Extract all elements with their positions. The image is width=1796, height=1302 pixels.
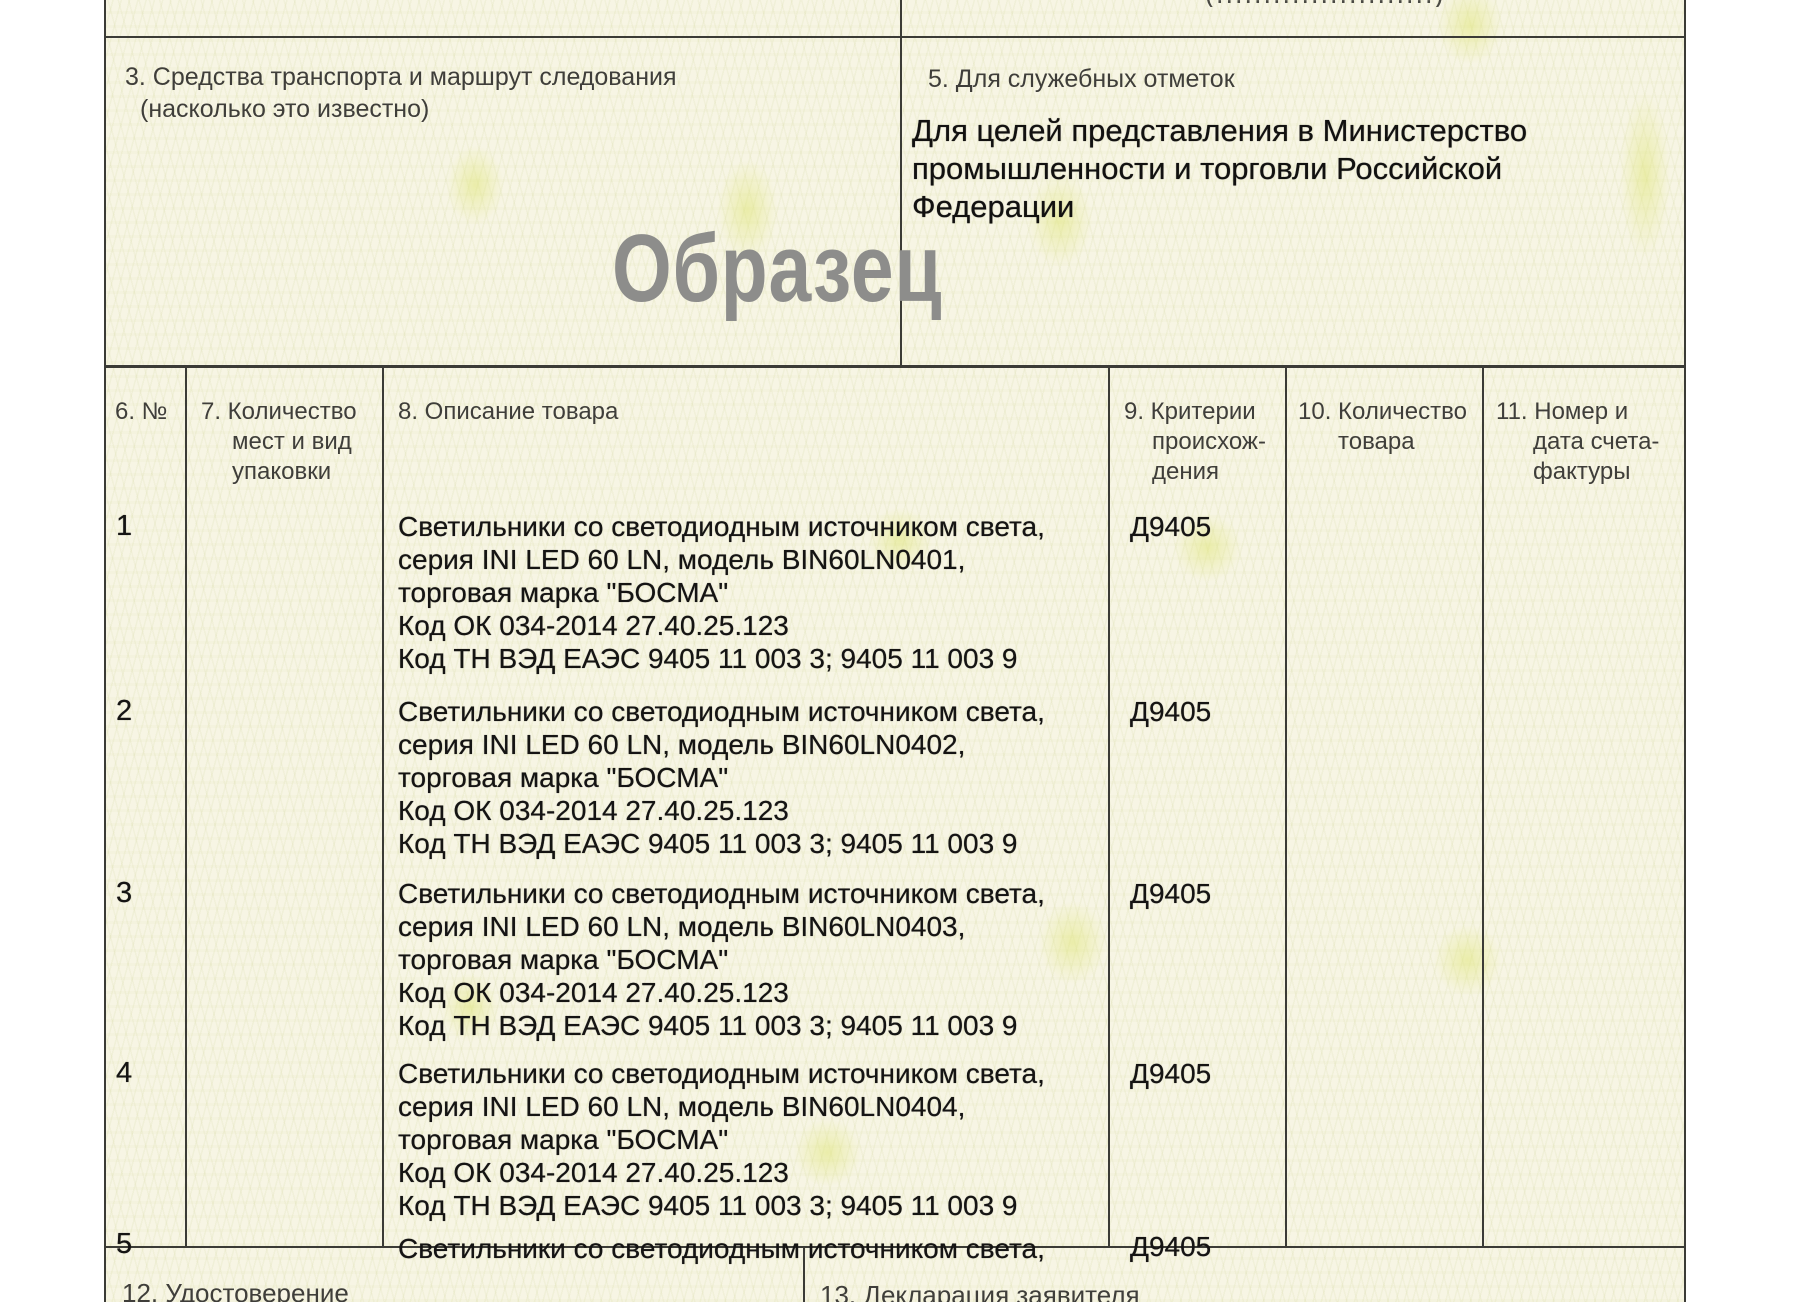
divider-bottom-boxes bbox=[803, 1246, 805, 1302]
table-col9-col10-border bbox=[1285, 365, 1287, 1246]
row-number: 3 bbox=[116, 877, 132, 910]
header-col9-line1: 9. Критерии bbox=[1124, 398, 1256, 426]
table-col10-col11-border bbox=[1482, 365, 1484, 1246]
section5-title: 5. Для служебных отметок bbox=[928, 64, 1235, 94]
header-col7-line2: мест и вид bbox=[232, 428, 352, 456]
row3-desc-line3: торговая марка "БОСМА" bbox=[398, 943, 728, 976]
section3-subtitle: (насколько это известно) bbox=[140, 94, 429, 124]
cut-off-text-fragment: (.......................) bbox=[1205, 0, 1495, 7]
row3-desc-line2: серия INI LED 60 LN, модель BIN60LN0403, bbox=[398, 910, 965, 943]
row1-desc-line3: торговая марка "БОСМА" bbox=[398, 576, 728, 609]
header-col9-line3: дения bbox=[1152, 458, 1219, 486]
row3-desc-line5: Код ТН ВЭД ЕАЭС 9405 11 003 3; 9405 11 0… bbox=[398, 1009, 1018, 1042]
header-col11-line1: 11. Номер и bbox=[1496, 398, 1628, 426]
row5-origin-criteria: Д9405 bbox=[1130, 1230, 1211, 1263]
row1-desc-line4: Код ОК 034-2014 27.40.25.123 bbox=[398, 609, 789, 642]
sample-watermark: Образец bbox=[612, 214, 942, 324]
row5-desc-line1: Светильники со светодиодным источником с… bbox=[398, 1232, 1045, 1265]
header-col7-line3: упаковки bbox=[232, 458, 331, 486]
row3-desc-line4: Код ОК 034-2014 27.40.25.123 bbox=[398, 976, 789, 1009]
row2-desc-line3: торговая марка "БОСМА" bbox=[398, 761, 728, 794]
row-number: 4 bbox=[116, 1057, 132, 1090]
section5-note-line2: промышленности и торговли Российской bbox=[912, 150, 1502, 188]
cut-off-text: (.......................) bbox=[1205, 0, 1446, 7]
section3-title: 3. Средства транспорта и маршрут следова… bbox=[125, 62, 677, 92]
table-top-border bbox=[104, 365, 1686, 368]
row4-desc-line4: Код ОК 034-2014 27.40.25.123 bbox=[398, 1156, 789, 1189]
border-top-row-bottom bbox=[104, 36, 1686, 38]
row4-desc-line5: Код ТН ВЭД ЕАЭС 9405 11 003 3; 9405 11 0… bbox=[398, 1189, 1018, 1222]
table-col6-col7-border bbox=[185, 365, 187, 1246]
row-number: 2 bbox=[116, 695, 132, 728]
row2-desc-line4: Код ОК 034-2014 27.40.25.123 bbox=[398, 794, 789, 827]
row4-origin-criteria: Д9405 bbox=[1130, 1057, 1211, 1090]
border-left bbox=[104, 0, 106, 1302]
row1-origin-criteria: Д9405 bbox=[1130, 510, 1211, 543]
scanned-certificate-page: (.......................) 3. Средства тр… bbox=[0, 0, 1796, 1302]
section5-note-line1: Для целей представления в Министерство bbox=[912, 112, 1527, 150]
border-right bbox=[1684, 0, 1686, 1302]
section12-title: 12. Удостоверение bbox=[122, 1278, 349, 1302]
row2-desc-line5: Код ТН ВЭД ЕАЭС 9405 11 003 3; 9405 11 0… bbox=[398, 827, 1018, 860]
header-col9-line2: происхож- bbox=[1152, 428, 1266, 456]
row1-desc-line2: серия INI LED 60 LN, модель BIN60LN0401, bbox=[398, 543, 965, 576]
row-number: 5 bbox=[116, 1228, 132, 1261]
row2-desc-line1: Светильники со светодиодным источником с… bbox=[398, 695, 1045, 728]
row1-desc-line1: Светильники со светодиодным источником с… bbox=[398, 510, 1045, 543]
header-col11-line2: дата счета- bbox=[1533, 428, 1659, 456]
row4-desc-line3: торговая марка "БОСМА" bbox=[398, 1123, 728, 1156]
header-col10-line1: 10. Количество bbox=[1298, 398, 1467, 426]
header-col11-line3: фактуры bbox=[1533, 458, 1630, 486]
header-col8: 8. Описание товара bbox=[398, 398, 618, 426]
row3-desc-line1: Светильники со светодиодным источником с… bbox=[398, 877, 1045, 910]
header-col7-line1: 7. Количество bbox=[201, 398, 357, 426]
header-col6: 6. № bbox=[115, 398, 167, 426]
row4-desc-line2: серия INI LED 60 LN, модель BIN60LN0404, bbox=[398, 1090, 965, 1123]
table-col8-col9-border bbox=[1108, 365, 1110, 1246]
row1-desc-line5: Код ТН ВЭД ЕАЭС 9405 11 003 3; 9405 11 0… bbox=[398, 642, 1018, 675]
row3-origin-criteria: Д9405 bbox=[1130, 877, 1211, 910]
table-col7-col8-border bbox=[382, 365, 384, 1246]
row4-desc-line1: Светильники со светодиодным источником с… bbox=[398, 1057, 1045, 1090]
row2-origin-criteria: Д9405 bbox=[1130, 695, 1211, 728]
header-col10-line2: товара bbox=[1338, 428, 1415, 456]
row2-desc-line2: серия INI LED 60 LN, модель BIN60LN0402, bbox=[398, 728, 965, 761]
row-number: 1 bbox=[116, 510, 132, 543]
section13-title: 13. Декларация заявителя bbox=[820, 1280, 1140, 1302]
